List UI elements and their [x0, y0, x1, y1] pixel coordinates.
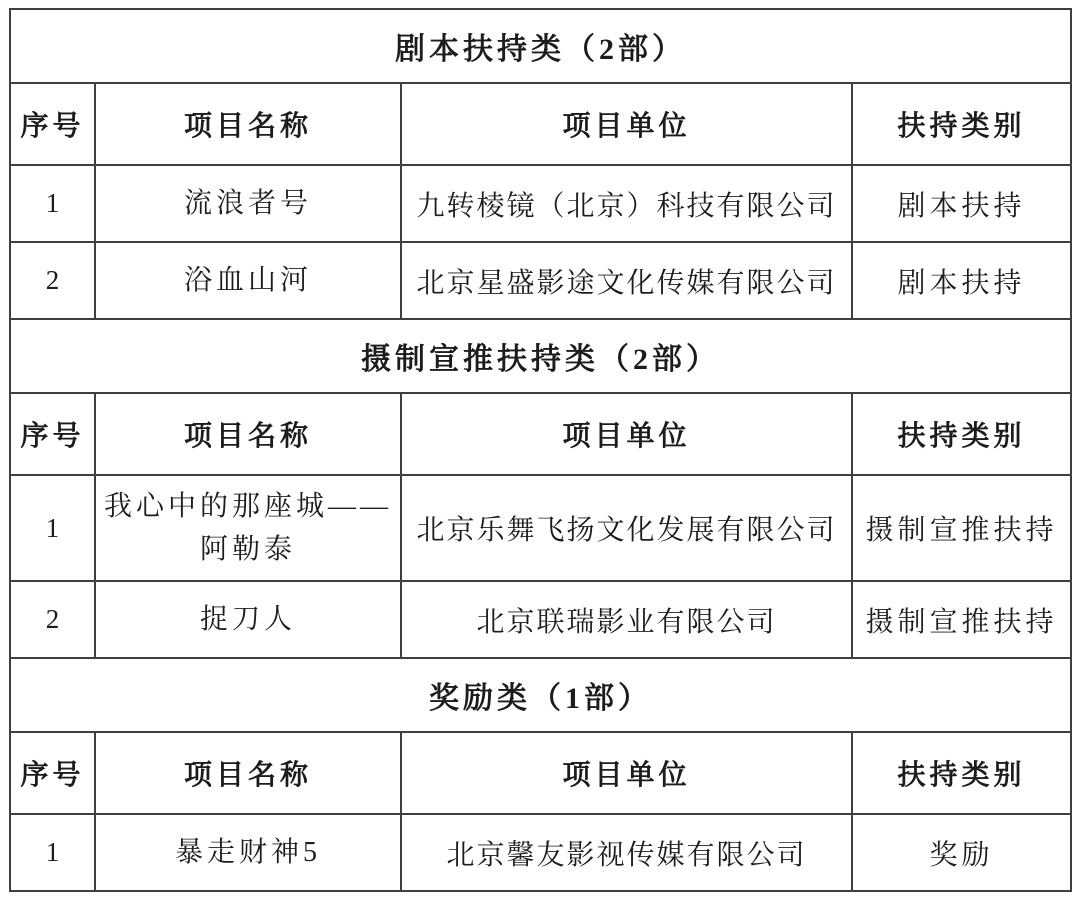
col-header-project-name: 项目名称 — [95, 732, 401, 814]
cell-no: 2 — [10, 581, 95, 658]
cell-project-name: 我心中的那座城—— 阿勒泰 — [95, 475, 401, 581]
cell-support-category: 摄制宣推扶持 — [852, 475, 1071, 581]
section-title: 剧本扶持类（2部） — [10, 9, 1071, 83]
col-header-support-category: 扶持类别 — [852, 83, 1071, 165]
header-row: 序号 项目名称 项目单位 扶持类别 — [10, 83, 1071, 165]
col-header-no: 序号 — [10, 393, 95, 475]
col-header-support-category: 扶持类别 — [852, 732, 1071, 814]
col-header-project-unit: 项目单位 — [401, 393, 852, 475]
table-row: 2 捉刀人 北京联瑞影业有限公司 摄制宣推扶持 — [10, 581, 1071, 658]
cell-support-category: 摄制宣推扶持 — [852, 581, 1071, 658]
cell-no: 2 — [10, 242, 95, 319]
col-header-project-name: 项目名称 — [95, 393, 401, 475]
cell-no: 1 — [10, 475, 95, 581]
section-title: 奖励类（1部） — [10, 658, 1071, 732]
cell-project-unit: 北京星盛影途文化传媒有限公司 — [401, 242, 852, 319]
col-header-project-name: 项目名称 — [95, 83, 401, 165]
cell-project-name: 捉刀人 — [95, 581, 401, 658]
col-header-no: 序号 — [10, 732, 95, 814]
cell-no: 1 — [10, 814, 95, 891]
table-row: 2 浴血山河 北京星盛影途文化传媒有限公司 剧本扶持 — [10, 242, 1071, 319]
cell-project-unit: 北京乐舞飞扬文化发展有限公司 — [401, 475, 852, 581]
cell-support-category: 剧本扶持 — [852, 165, 1071, 242]
cell-project-name: 流浪者号 — [95, 165, 401, 242]
cell-project-unit: 北京馨友影视传媒有限公司 — [401, 814, 852, 891]
cell-project-name: 暴走财神5 — [95, 814, 401, 891]
section-title-row: 剧本扶持类（2部） — [10, 9, 1071, 83]
table-row: 1 暴走财神5 北京馨友影视传媒有限公司 奖励 — [10, 814, 1071, 891]
table-row: 1 流浪者号 九转棱镜（北京）科技有限公司 剧本扶持 — [10, 165, 1071, 242]
cell-project-unit: 北京联瑞影业有限公司 — [401, 581, 852, 658]
cell-support-category: 奖励 — [852, 814, 1071, 891]
col-header-project-unit: 项目单位 — [401, 83, 852, 165]
cell-project-unit: 九转棱镜（北京）科技有限公司 — [401, 165, 852, 242]
cell-project-name: 浴血山河 — [95, 242, 401, 319]
header-row: 序号 项目名称 项目单位 扶持类别 — [10, 732, 1071, 814]
col-header-project-unit: 项目单位 — [401, 732, 852, 814]
col-header-support-category: 扶持类别 — [852, 393, 1071, 475]
col-header-no: 序号 — [10, 83, 95, 165]
section-title-row: 奖励类（1部） — [10, 658, 1071, 732]
support-projects-table: 剧本扶持类（2部） 序号 项目名称 项目单位 扶持类别 1 流浪者号 九转棱镜（… — [9, 8, 1072, 892]
cell-no: 1 — [10, 165, 95, 242]
section-title: 摄制宣推扶持类（2部） — [10, 319, 1071, 393]
table-row: 1 我心中的那座城—— 阿勒泰 北京乐舞飞扬文化发展有限公司 摄制宣推扶持 — [10, 475, 1071, 581]
header-row: 序号 项目名称 项目单位 扶持类别 — [10, 393, 1071, 475]
document-page: 剧本扶持类（2部） 序号 项目名称 项目单位 扶持类别 1 流浪者号 九转棱镜（… — [0, 0, 1080, 911]
section-title-row: 摄制宣推扶持类（2部） — [10, 319, 1071, 393]
cell-support-category: 剧本扶持 — [852, 242, 1071, 319]
